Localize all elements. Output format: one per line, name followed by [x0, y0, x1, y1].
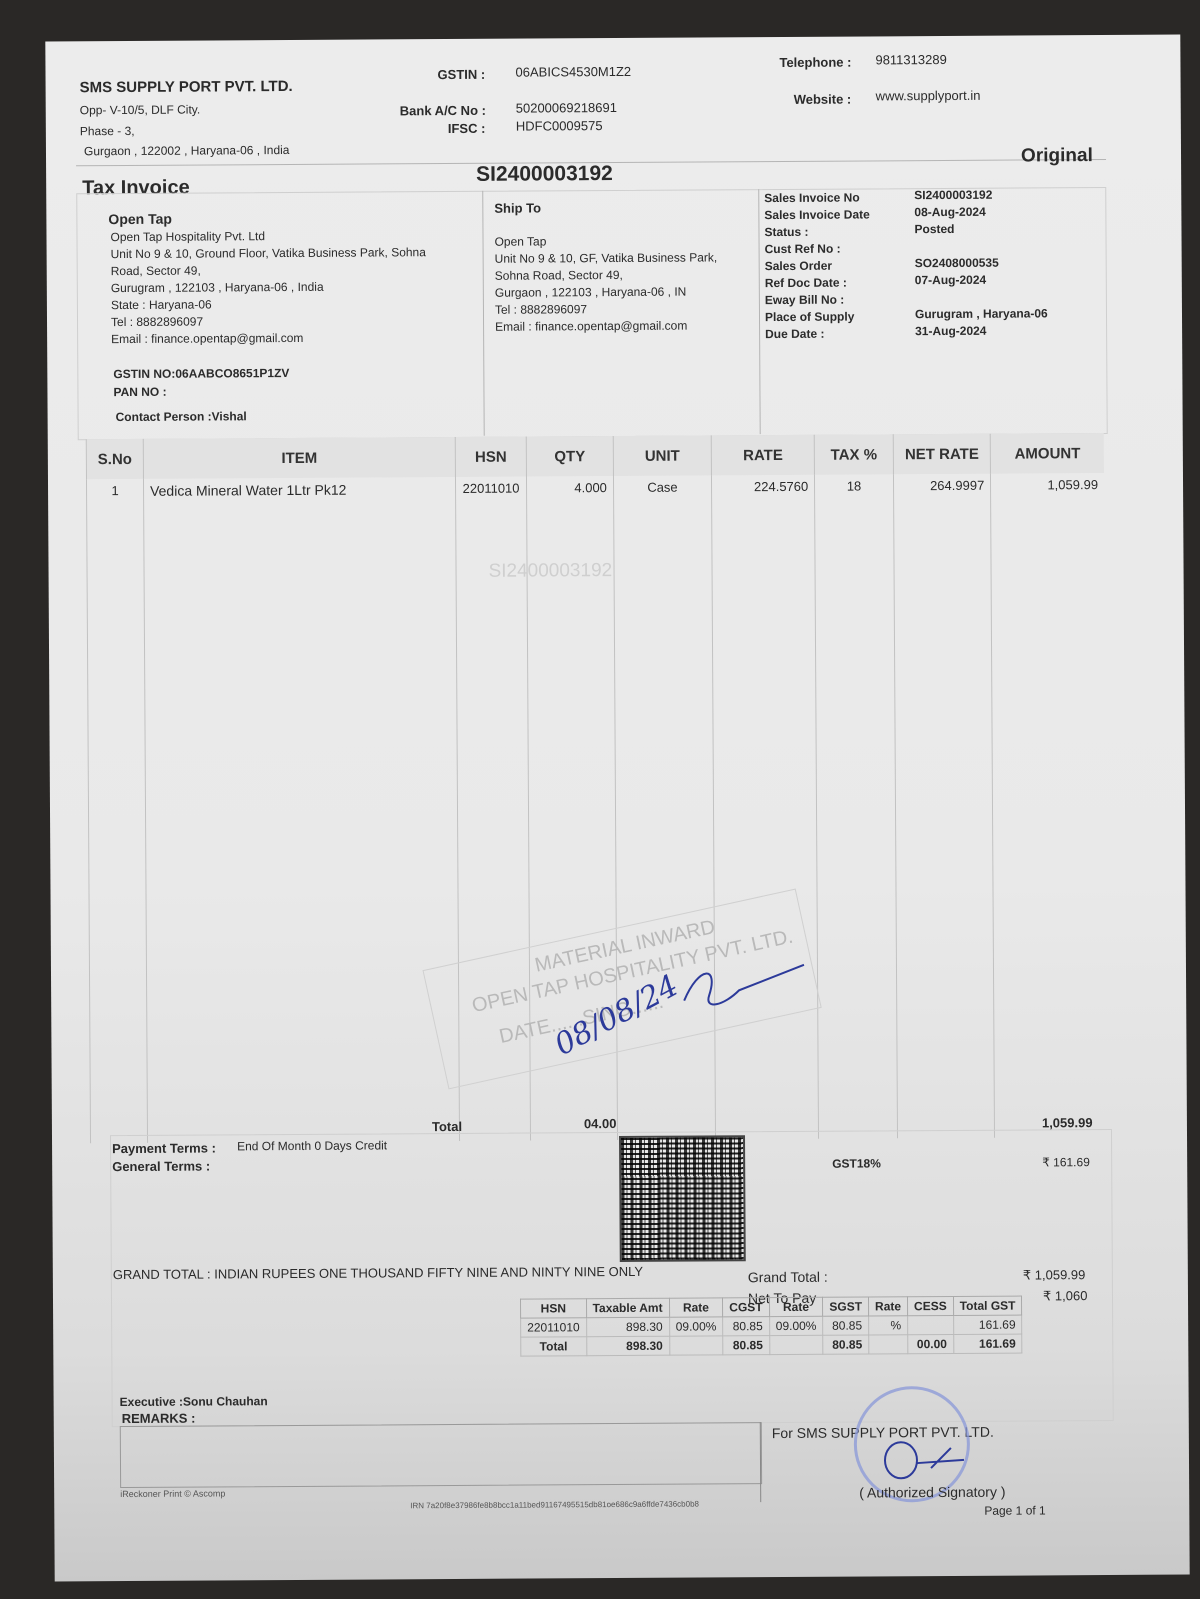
ship-to-line: Open Tap — [494, 234, 546, 248]
bill-to-line: Unit No 9 & 10, Ground Floor, Vatika Bus… — [111, 245, 426, 261]
gst-breakup-table: HSNTaxable AmtRateCGSTRateSGSTRateCESSTo… — [520, 1296, 1023, 1357]
column-header: AMOUNT — [990, 433, 1103, 474]
payment-terms-label: Payment Terms : — [112, 1140, 216, 1156]
telephone: 9811313289 — [875, 52, 946, 67]
gst-cell — [908, 1315, 954, 1334]
total-label: Total — [432, 1119, 462, 1134]
invoice-page: SMS SUPPLY PORT PVT. LTD. Opp- V-10/5, D… — [45, 35, 1189, 1582]
table-cell: 18 — [815, 474, 898, 1138]
gst-column-header: Total GST — [953, 1296, 1022, 1315]
bill-to-line: Open Tap Hospitality Pvt. Ltd — [110, 229, 265, 244]
column-header: S.No — [86, 439, 143, 479]
gst-column-header: Taxable Amt — [586, 1298, 669, 1318]
ship-to-line: Tel : 8882896097 — [495, 302, 587, 317]
ship-to-line: Unit No 9 & 10, GF, Vatika Business Park… — [495, 250, 718, 265]
receiver-signature — [679, 955, 809, 1016]
website-label: Website : — [794, 92, 852, 107]
invoice-number: SI2400003192 — [476, 162, 613, 187]
net-to-pay: ₹ 1,060 — [1043, 1288, 1088, 1304]
gst-column-header: Rate — [769, 1297, 823, 1316]
column-header: TAX % — [814, 434, 893, 474]
payment-terms: End Of Month 0 Days Credit — [237, 1138, 387, 1153]
seller-address-3: Gurgaon , 122002 , Haryana-06 , India — [84, 143, 290, 158]
meta-label: Cust Ref No : — [765, 242, 841, 256]
general-terms-label: General Terms : — [112, 1158, 210, 1174]
ship-to-label: Ship To — [494, 200, 541, 215]
meta-value: Gurugram , Haryana-06 — [915, 306, 1048, 321]
gst-cell: 898.30 — [586, 1317, 669, 1337]
column-header: HSN — [455, 437, 526, 477]
bill-to-line: Gurugram , 122103 , Haryana-06 , India — [111, 280, 324, 295]
gst-cell: 00.00 — [908, 1334, 954, 1353]
meta-label: Eway Bill No : — [765, 293, 844, 307]
table-cell: 224.5760 — [712, 475, 819, 1140]
ship-to-line: Email : finance.opentap@gmail.com — [495, 319, 687, 334]
ship-to-line: Gurgaon , 122103 , Haryana-06 , IN — [495, 285, 687, 300]
gst-cell: 80.85 — [823, 1335, 869, 1354]
gst-column-header: Rate — [669, 1298, 723, 1317]
executive: Executive :Sonu Chauhan — [120, 1394, 268, 1409]
bill-to-line: Road, Sector 49, — [111, 264, 201, 279]
column-header: RATE — [711, 435, 814, 476]
meta-label: Sales Invoice Date — [764, 207, 869, 222]
telephone-label: Telephone : — [779, 55, 851, 70]
meta-value: Posted — [914, 222, 954, 236]
table-cell: 1 — [86, 479, 147, 1143]
bill-to-name: Open Tap — [108, 211, 172, 227]
gst-cell: 09.00% — [669, 1317, 723, 1336]
gst-cell — [769, 1335, 823, 1354]
gst-cell: 80.85 — [723, 1317, 769, 1336]
meta-value: SI2400003192 — [914, 188, 992, 202]
total-qty: 04.00 — [584, 1116, 617, 1131]
irn-number: IRN 7a20f8e37986fe8b8bcc1a11bed911674955… — [410, 1500, 699, 1511]
bank-account: 50200069218691 — [516, 100, 617, 116]
grand-total: ₹ 1,059.99 — [1023, 1267, 1086, 1283]
column-header: QTY — [526, 436, 613, 477]
meta-label: Sales Invoice No — [764, 191, 859, 206]
gst-summary-value: ₹ 161.69 — [1042, 1155, 1090, 1169]
gst-cell — [669, 1336, 723, 1355]
table-cell: 1,059.99 — [991, 473, 1108, 1138]
gst-cell: 80.85 — [823, 1316, 869, 1335]
bill-to-line: State : Haryana-06 — [111, 297, 212, 312]
gst-column-header: Rate — [868, 1297, 907, 1316]
meta-value: 08-Aug-2024 — [914, 205, 985, 219]
ifsc-label: IFSC : — [448, 121, 486, 136]
e-invoice-qr-code — [619, 1135, 746, 1262]
gst-cell: % — [869, 1316, 908, 1335]
gst-cell: 80.85 — [723, 1336, 769, 1355]
meta-label: Due Date : — [765, 327, 824, 341]
gst-column-header: SGST — [823, 1297, 869, 1316]
gst-column-header: HSN — [520, 1299, 586, 1318]
gst-cell: Total — [521, 1337, 587, 1356]
ifsc-code: HDFC0009575 — [516, 118, 603, 134]
meta-label: Status : — [764, 225, 808, 239]
gst-summary-label: GST18% — [832, 1156, 881, 1170]
meta-label: Sales Order — [765, 259, 832, 273]
seller-name: SMS SUPPLY PORT PVT. LTD. — [80, 78, 293, 96]
bill-to-line: Email : finance.opentap@gmail.com — [111, 331, 303, 346]
gstin-label: GSTIN : — [437, 67, 485, 82]
copy-label: Original — [1021, 145, 1093, 167]
gst-cell: 22011010 — [521, 1318, 587, 1337]
bill-to-gstin: GSTIN NO:06AABCO8651P1ZV — [113, 366, 289, 381]
column-header: NET RATE — [893, 434, 991, 475]
seller-address-2: Phase - 3, — [80, 124, 135, 138]
authorized-signatory: ( Authorized Signatory ) — [859, 1484, 1005, 1501]
column-header: UNIT — [613, 435, 711, 476]
meta-value: SO2408000535 — [915, 256, 999, 271]
page-number: Page 1 of 1 — [984, 1503, 1045, 1517]
table-cell: 264.9997 — [893, 474, 995, 1139]
meta-value: 31-Aug-2024 — [915, 324, 986, 338]
meta-label: Place of Supply — [765, 310, 854, 325]
column-header: ITEM — [143, 437, 455, 479]
seller-gstin: 06ABICS4530M1Z2 — [515, 64, 631, 80]
contact-person: Contact Person :Vishal — [116, 409, 247, 424]
meta-value: 07-Aug-2024 — [915, 273, 986, 287]
bill-to-line: Tel : 8882896097 — [111, 315, 203, 330]
meta-label: Ref Doc Date : — [765, 276, 847, 291]
gst-column-header: CGST — [723, 1298, 769, 1317]
gst-cell: 161.69 — [953, 1334, 1022, 1353]
bank-label: Bank A/C No : — [400, 103, 486, 119]
gst-cell: 898.30 — [586, 1336, 669, 1356]
invoice-meta: Sales Invoice NoSI2400003192Sales Invoic… — [45, 35, 1180, 42]
gst-row: Total898.3080.8580.8500.00161.69 — [521, 1334, 1023, 1356]
table-cell: Vedica Mineral Water 1Ltr Pk12 — [143, 477, 459, 1143]
gst-column-header: CESS — [907, 1296, 953, 1315]
seller-address-1: Opp- V-10/5, DLF City. — [80, 103, 201, 118]
bill-to-pan: PAN NO : — [113, 385, 166, 399]
software-credit: iReckoner Print © Ascomp — [120, 1488, 225, 1499]
grand-total-label: Grand Total : — [748, 1269, 828, 1285]
gst-cell: 161.69 — [953, 1315, 1022, 1334]
remarks-label: REMARKS : — [122, 1411, 196, 1426]
authorized-signature — [876, 1438, 966, 1484]
website: www.supplyport.in — [876, 88, 981, 104]
gst-cell: 09.00% — [769, 1316, 823, 1335]
bleed-through-text: SI2400003192 — [488, 560, 612, 583]
gst-cell — [869, 1335, 908, 1354]
ship-to-line: Sohna Road, Sector 49, — [495, 268, 623, 283]
total-amount: 1,059.99 — [1042, 1115, 1093, 1130]
